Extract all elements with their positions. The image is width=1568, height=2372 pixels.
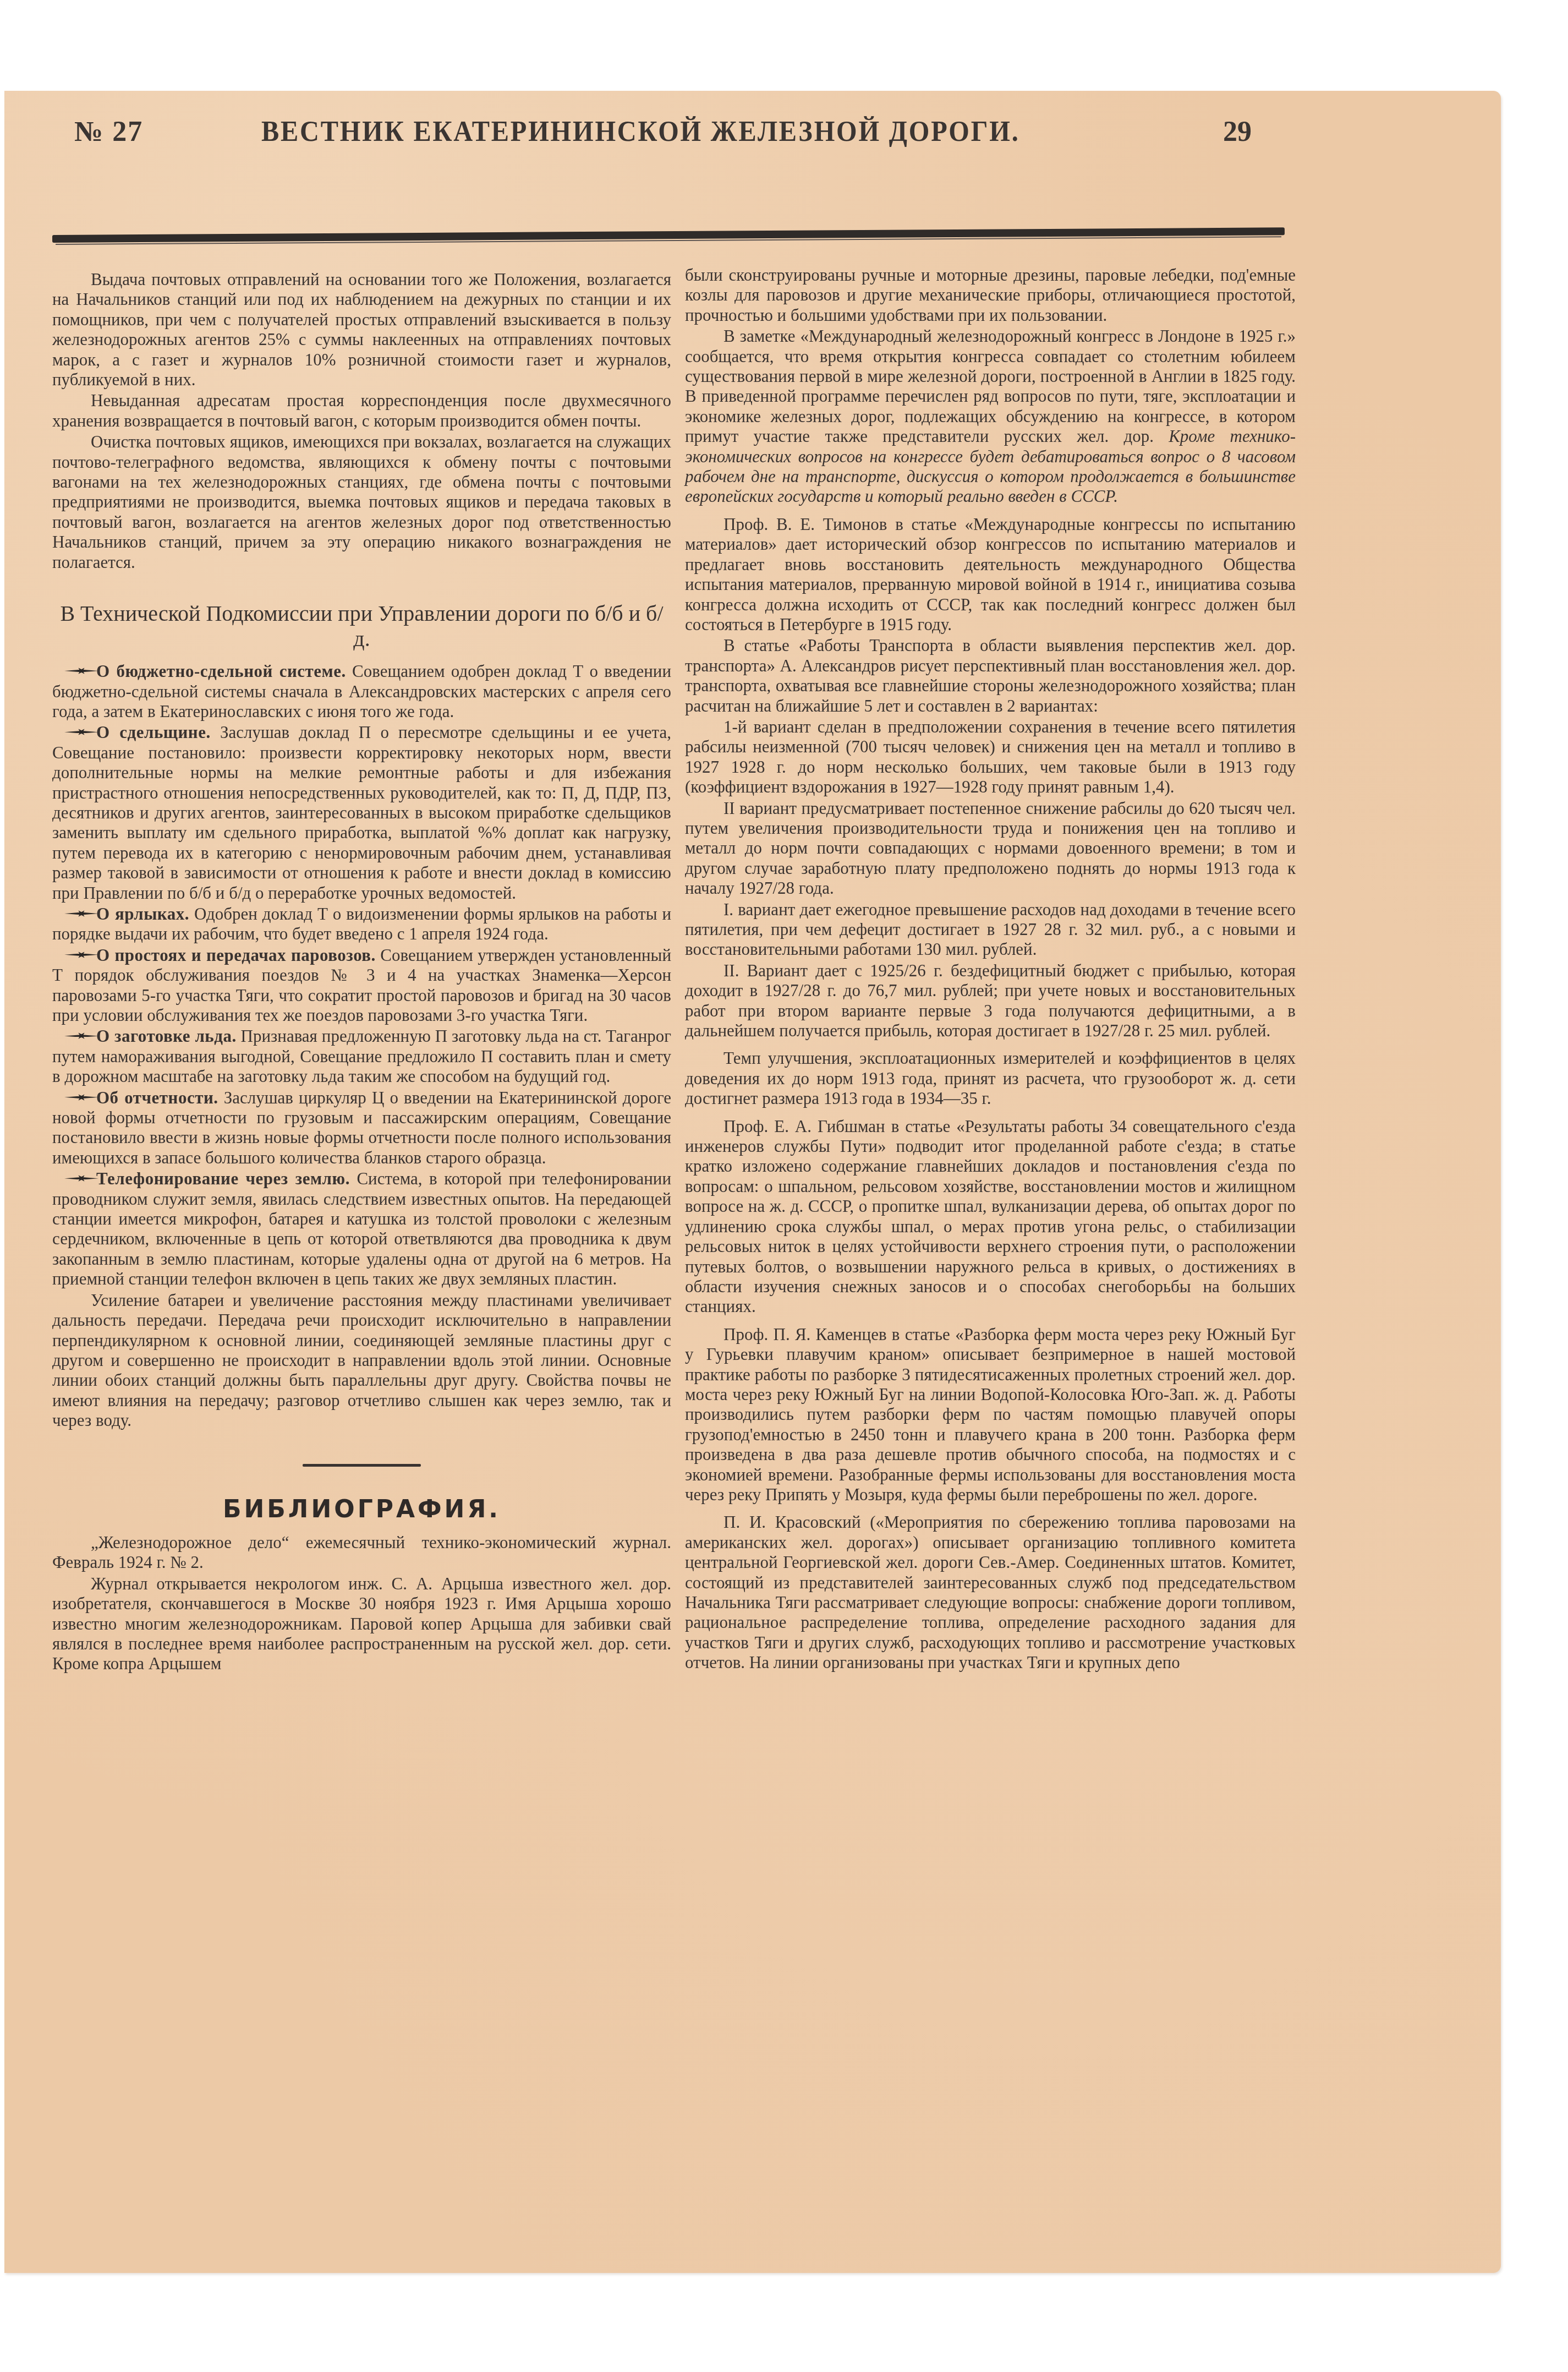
diamond-bullet-icon xyxy=(74,725,89,739)
item-heading: Телефонирование через землю. xyxy=(96,1169,350,1188)
paragraph: II вариант предусматривает постепенное с… xyxy=(685,799,1296,899)
paragraph: Проф. П. Я. Каменцев в статье «Разборка … xyxy=(685,1325,1296,1505)
item-text: Заслушав доклад П о пересмотре сдельщины… xyxy=(52,723,671,902)
page-number: 29 xyxy=(1223,116,1252,148)
paragraph: Проф. В. Е. Тимонов в статье «Международ… xyxy=(685,515,1296,635)
item-heading: О бюджетно-сдельной системе. xyxy=(96,662,346,681)
news-item: Об отчетности. Заслушав циркуляр Ц о вве… xyxy=(52,1088,671,1168)
paragraph: I. вариант дает ежегодное превышение рас… xyxy=(685,900,1296,960)
paragraph: П. И. Красовский («Мероприятия по сбереж… xyxy=(685,1512,1296,1673)
diamond-bullet-icon xyxy=(74,664,89,678)
paragraph: 1-й вариант сделан в предположении сохра… xyxy=(685,717,1296,797)
paragraph: Усиление батареи и увеличение расстояния… xyxy=(52,1291,671,1431)
item-heading: О сдельщине. xyxy=(96,723,211,742)
news-item: О ярлыках. Одобрен доклад Т о видоизмене… xyxy=(52,904,671,944)
paragraph: В статье «Работы Транспорта в области вы… xyxy=(685,636,1296,716)
paragraph: Журнал открывается некрологом инж. С. А.… xyxy=(52,1574,671,1674)
diamond-bullet-icon xyxy=(74,1090,89,1105)
item-heading: Об отчетности. xyxy=(96,1088,218,1107)
right-column: были сконструированы ручные и моторные д… xyxy=(685,265,1296,1673)
diamond-bullet-icon xyxy=(74,1029,89,1043)
section-divider xyxy=(303,1464,421,1467)
news-item: О бюджетно-сдельной системе. Совещанием … xyxy=(52,662,671,722)
masthead-title: ВЕСТНИК ЕКАТЕРИНИНСКОЙ ЖЕЛЕЗНОЙ ДОРОГИ. xyxy=(261,116,1020,148)
news-item: О сдельщине. Заслушав доклад П о пересмо… xyxy=(52,723,671,903)
news-item: О заготовке льда. Признавая предложенную… xyxy=(52,1026,671,1086)
section-title: В Технической Подкомиссии при Управлении… xyxy=(52,601,671,652)
diamond-bullet-icon xyxy=(74,906,89,921)
diamond-bullet-icon xyxy=(74,948,89,962)
paragraph: Проф. Е. А. Гибшман в статье «Результаты… xyxy=(685,1117,1296,1317)
paragraph: Невыданная адресатам простая корреспонде… xyxy=(52,391,671,431)
paragraph: Выдача почтовых отправлений на основании… xyxy=(52,270,671,390)
paragraph: Темп улучшения, эксплоатационных измерит… xyxy=(685,1048,1296,1108)
left-column: Выдача почтовых отправлений на основании… xyxy=(52,270,671,1674)
paragraph: Очистка почтовых ящиков, имеющихся при в… xyxy=(52,432,671,572)
item-heading: О ярлыках. xyxy=(96,904,189,923)
item-heading: О простоях и передачах паровозов. xyxy=(96,945,376,965)
news-item: Телефонирование через землю. Система, в … xyxy=(52,1169,671,1289)
paragraph: были сконструированы ручные и моторные д… xyxy=(685,265,1296,325)
bibliography-title: БИБЛИОГРАФИЯ. xyxy=(52,1500,671,1520)
page-header: № 27 ВЕСТНИК ЕКАТЕРИНИНСКОЙ ЖЕЛЕЗНОЙ ДОР… xyxy=(61,116,1287,149)
paragraph: II. Вариант дает с 1925/26 г. бездефицит… xyxy=(685,961,1296,1041)
item-heading: О заготовке льда. xyxy=(96,1026,237,1046)
diamond-bullet-icon xyxy=(74,1171,89,1185)
paragraph: В заметке «Международный железнодорожный… xyxy=(685,326,1296,507)
paragraph: „Железнодорожное дело“ ежемесячный техни… xyxy=(52,1533,671,1573)
news-item: О простоях и передачах паровозов. Совеща… xyxy=(52,945,671,1026)
issue-number: № 27 xyxy=(74,116,143,148)
